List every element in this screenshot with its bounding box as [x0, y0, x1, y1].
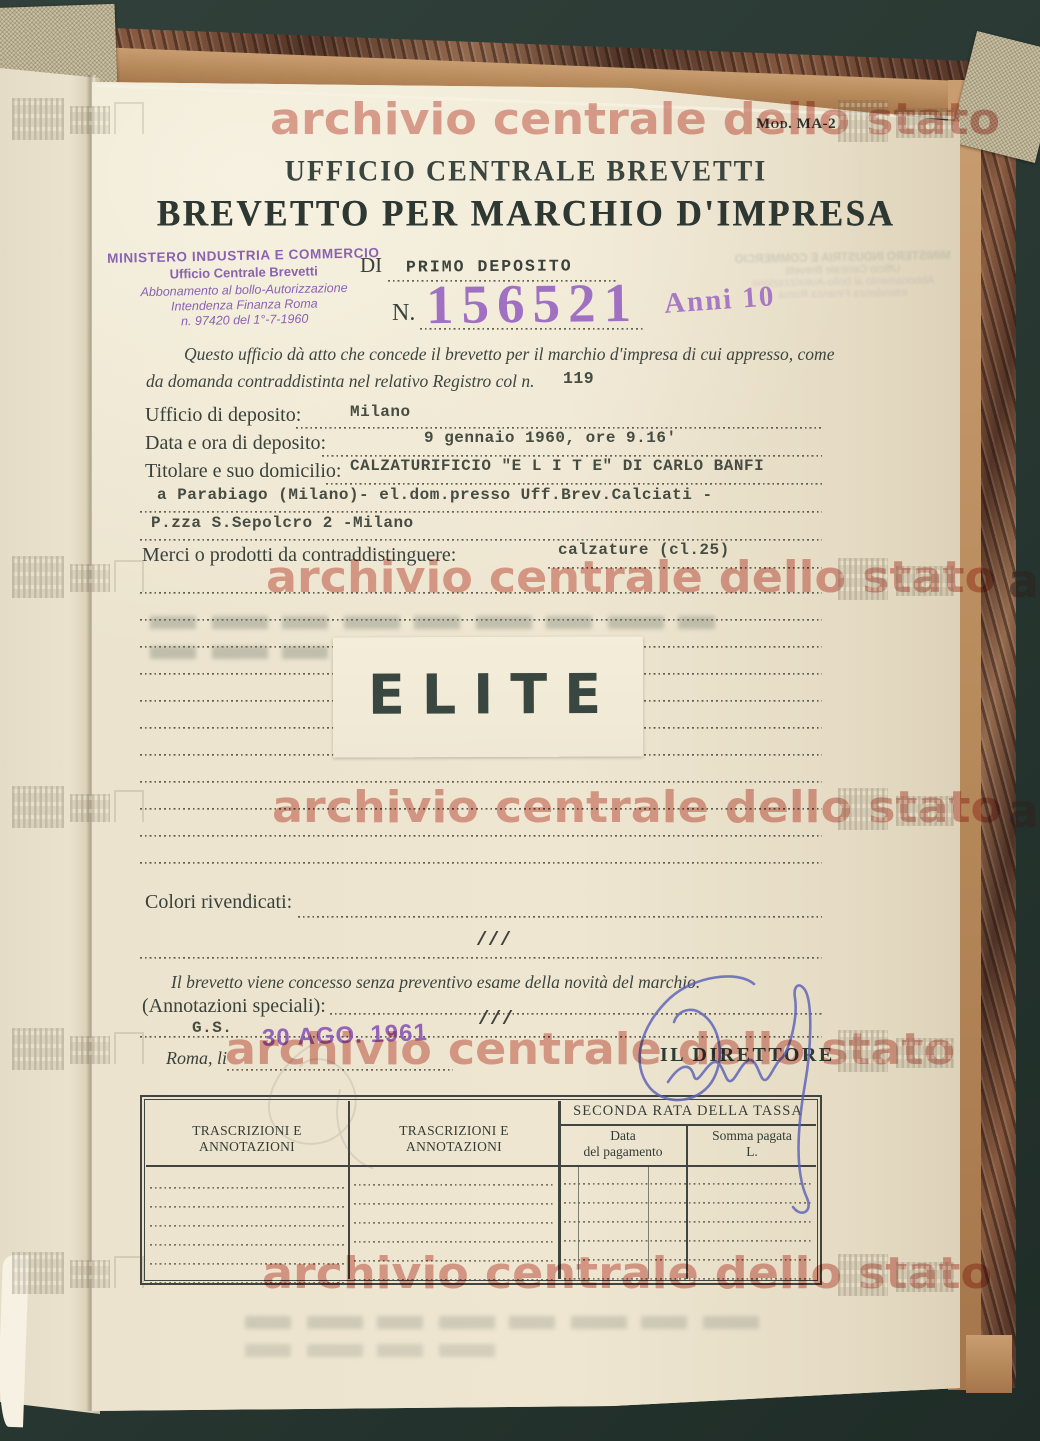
colors-claimed-value: ///: [476, 929, 512, 951]
duration-years-stamp: Anni 10: [663, 280, 777, 321]
dotted-line: [326, 483, 822, 485]
dotted-line: [140, 781, 822, 783]
goods-label: Merci o prodotti da contraddistinguere:: [142, 544, 456, 567]
deposit-datetime-label: Data e ora di deposito:: [145, 432, 326, 455]
table-row-line: [150, 1263, 344, 1265]
number-label: N.: [392, 300, 415, 327]
director-signature: [230, 955, 850, 1230]
ministry-ink-stamp: MINISTERO INDUSTRIA E COMMERCIO Ufficio …: [97, 245, 391, 330]
place-date-label: Roma, li: [166, 1048, 227, 1069]
table-row-line: [354, 1241, 554, 1243]
model-number-label: Mod. MA-2: [756, 116, 836, 133]
trademark-logo-text: ELITE: [333, 662, 643, 727]
document-title: BREVETTO PER MARCHIO D'IMPRESA: [92, 193, 960, 235]
pencil-ghost-scribble: [269, 1046, 372, 1168]
scanned-document-page: Mod. MA-2 UFFICIO CENTRALE BREVETTI BREV…: [0, 0, 1040, 1441]
trademark-slip: ELITE: [333, 636, 643, 757]
registry-number-value: 119: [563, 369, 594, 388]
bleedthrough-text: [245, 1316, 765, 1329]
dotted-line: [140, 511, 822, 513]
document-content: Mod. MA-2 UFFICIO CENTRALE BREVETTI BREV…: [0, 0, 1040, 1441]
table-row-line: [564, 1278, 812, 1280]
table-row-line: [150, 1244, 344, 1246]
holder-value-line-1: CALZATURIFICIO "E L I T E" DI CARLO BANF…: [350, 457, 764, 475]
clerk-initials: G.S.: [192, 1019, 232, 1037]
holder-value-line-3: P.zza S.Sepolcro 2 -Milano: [151, 514, 414, 532]
dotted-line: [548, 567, 822, 569]
intro-line-1: Questo ufficio dà atto che concede il br…: [184, 344, 834, 365]
goods-value: calzature (cl.25): [558, 541, 730, 559]
table-row-line: [354, 1279, 554, 1281]
dotted-line: [140, 835, 822, 837]
intro-line-2: da domanda contraddistinta nel relativo …: [146, 371, 535, 392]
bleedthrough-text: [150, 616, 715, 629]
patent-number-stamp: 156521: [426, 271, 640, 336]
di-label: DI: [360, 253, 382, 278]
holder-value-line-2: a Parabiago (Milano)- el.dom.presso Uff.…: [157, 486, 713, 504]
dotted-line: [140, 862, 822, 864]
deposit-office-value: Milano: [350, 403, 411, 421]
bleedthrough-text: [245, 1344, 505, 1357]
issuing-office-title: UFFICIO CENTRALE BREVETTI: [92, 155, 960, 189]
dotted-line: [140, 808, 822, 810]
table-row-line: [150, 1282, 344, 1284]
deposit-datetime-value: 9 gennaio 1960, ore 9.16': [424, 429, 677, 447]
table-row-line: [564, 1240, 812, 1242]
dotted-line: [140, 592, 822, 594]
deposit-office-label: Ufficio di deposito:: [145, 404, 301, 427]
table-row-line: [564, 1259, 812, 1261]
holder-label: Titolare e suo domicilio:: [145, 460, 341, 483]
table-row-line: [354, 1260, 554, 1262]
colors-claimed-label: Colori rivendicati:: [145, 891, 292, 914]
dotted-line: [298, 916, 822, 918]
